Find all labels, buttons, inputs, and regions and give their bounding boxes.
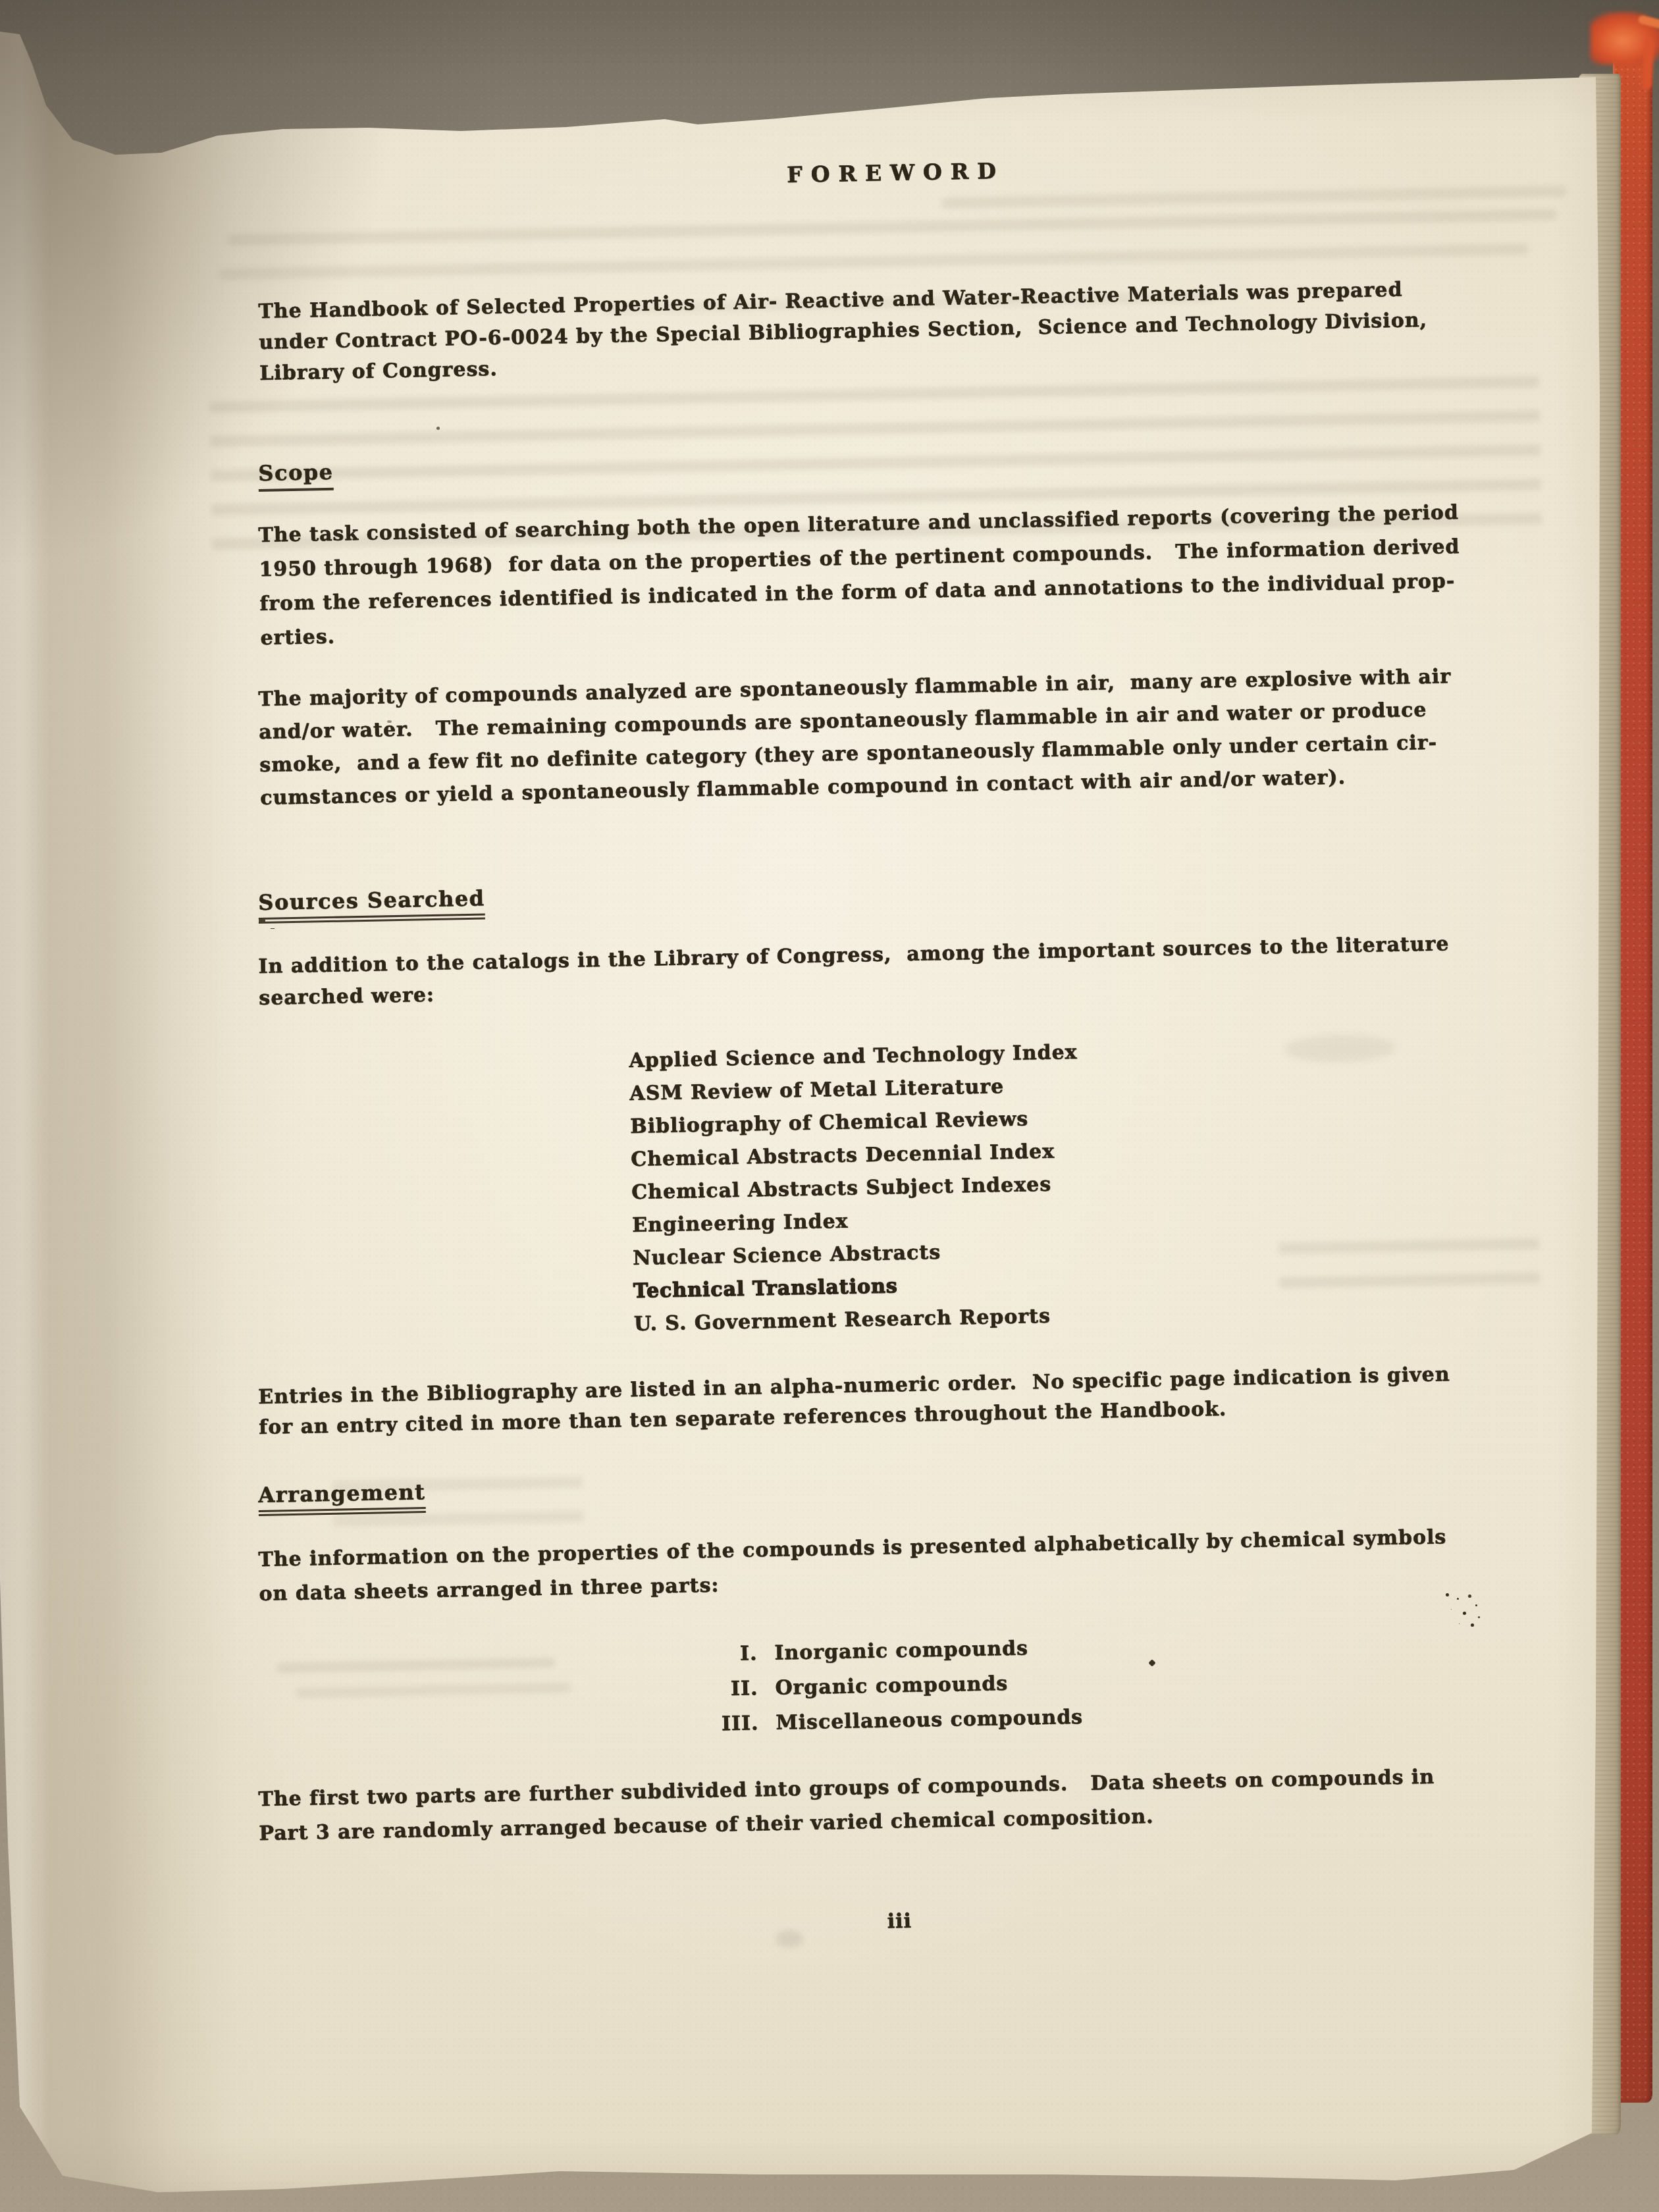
ghost-text-bleed [941,186,1567,209]
ghost-text-bleed [227,209,1557,246]
ink-speck-cluster [1446,1593,1449,1596]
section-heading-text: Sources Searched [258,885,485,924]
paragraph-intro: The Handbook of Selected Properties of A… [258,274,1428,389]
parts-list: I. Inorganic compounds II. Organic compo… [665,1630,1084,1743]
page-title-text: FOREWORD [787,158,1005,188]
ghost-text-bleed [1278,1238,1540,1303]
photographed-book-page: FOREWORD The Handbook of Selected Proper… [0,0,1659,2212]
page-title: FOREWORD [787,158,1005,188]
section-heading-scope: Scope [258,460,334,492]
paragraph-arrangement-lead: The information on the properties of the… [258,1520,1448,1612]
ghost-text-bleed [219,244,1529,280]
roman-numeral: II. [666,1671,758,1708]
section-heading-arrangement: Arrangement [258,1479,426,1516]
page-number-text: iii [887,1910,912,1934]
part-label: Miscellaneous compounds [776,1700,1084,1741]
page-sheet: FOREWORD The Handbook of Selected Proper… [0,0,1659,2212]
paragraph-scope-2: The majority of compounds analyzed are s… [258,660,1453,815]
list-item: III. Miscellaneous compounds [666,1700,1084,1743]
ink-speck [259,919,265,922]
ink-speck [436,427,440,430]
ink-speck [387,720,392,723]
section-heading-sources: Sources Searched [258,885,485,924]
part-label: Inorganic compounds [774,1631,1028,1670]
ghost-text-bleed [276,1658,556,1673]
paragraph-arrangement-note: The first two parts are further subdivid… [258,1760,1436,1851]
headband-tail [1642,38,1654,90]
part-label: Organic compounds [775,1666,1009,1706]
paragraph-sources-lead: In addition to the catalogs in the Libra… [258,928,1450,1014]
roman-numeral: III. [666,1706,759,1743]
roman-numeral: I. [665,1636,758,1673]
page-number: iii [866,1909,933,1934]
section-heading-text: Scope [258,460,334,492]
ghost-text-bleed [295,1683,571,1698]
ghost-text-bleed [1284,1034,1396,1063]
section-heading-text: Arrangement [258,1479,426,1516]
paragraph-sources-note: Entries in the Bibliography are listed i… [258,1359,1451,1443]
sources-list: Applied Science and Technology Index ASM… [629,1036,1083,1341]
paragraph-scope-1: The task consisted of searching both the… [258,496,1461,656]
paper-smudge [776,1930,803,1947]
ink-speck [1148,1659,1155,1666]
